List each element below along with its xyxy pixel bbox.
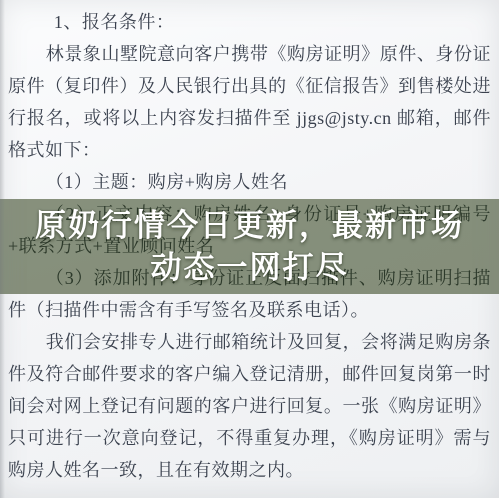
doc-paragraph-closing: 我们会安排专人进行邮箱统计及回复，会将满足购房条件及符合邮件要求的客户编入登记清… — [8, 326, 491, 486]
doc-paragraph-item1: （1）主题：购房+购房人姓名 — [8, 166, 491, 198]
doc-paragraph-intro: 林景象山墅院意向客户携带《购房证明》原件、身份证原件（复印件）及人民银行出具的《… — [8, 38, 491, 166]
doc-heading: 1、报名条件： — [8, 6, 491, 38]
headline-banner: 原奶行情今日更新，最新市场 动态一网打尽 — [0, 199, 499, 294]
headline-line-1: 原奶行情今日更新，最新市场 — [35, 205, 464, 247]
article-thumbnail: 1、报名条件： 林景象山墅院意向客户携带《购房证明》原件、身份证原件（复印件）及… — [0, 0, 499, 498]
headline-line-2: 动态一网打尽 — [151, 247, 349, 289]
